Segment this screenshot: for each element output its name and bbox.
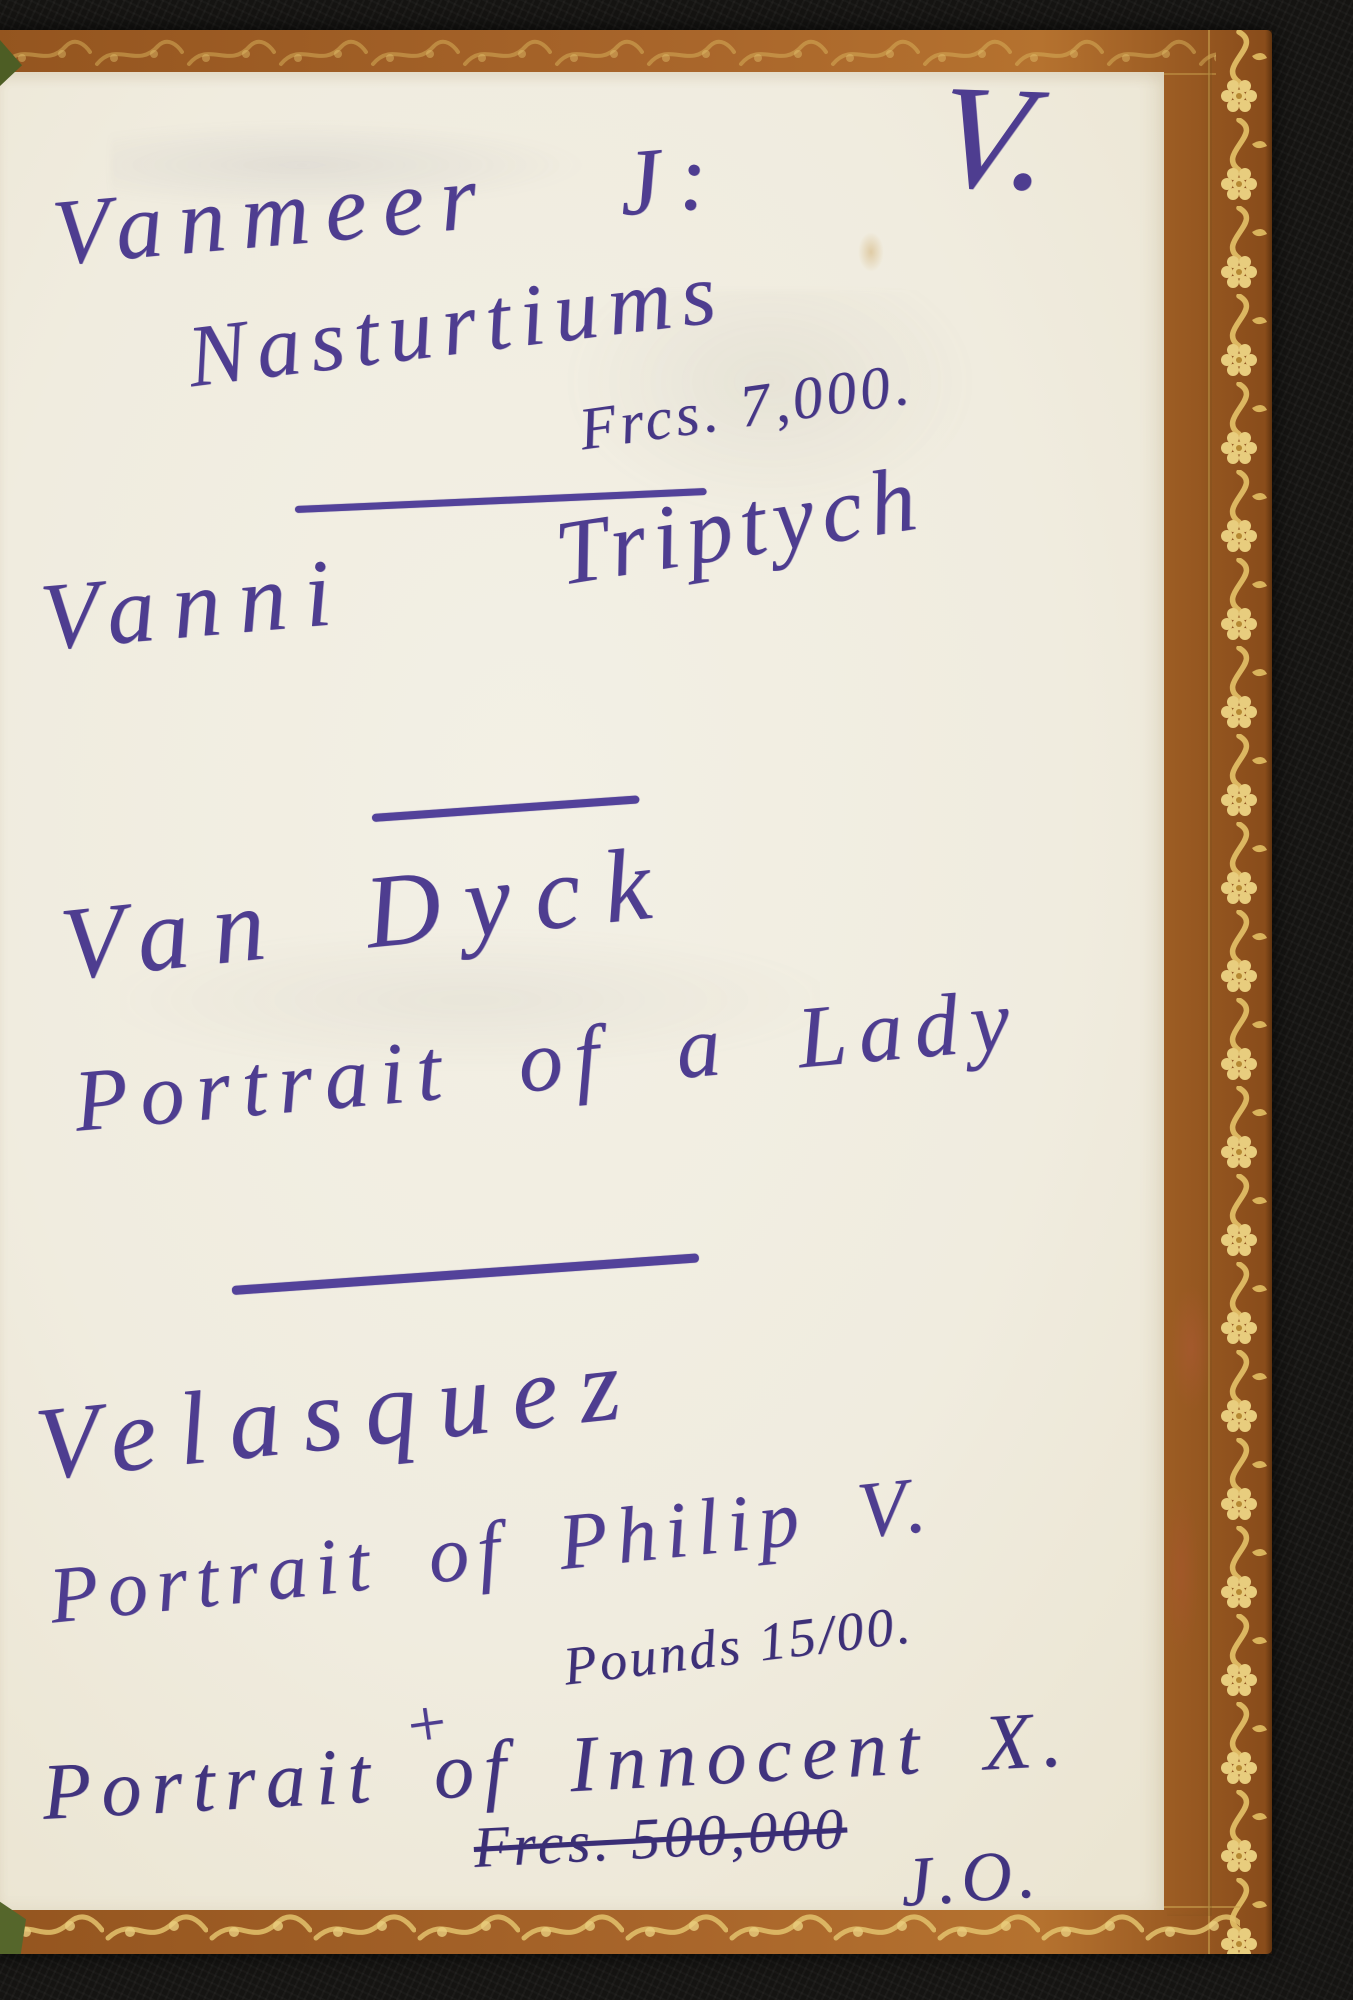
page-fore-edge-stack [1160, 58, 1212, 1916]
page-number: V. [926, 52, 1066, 225]
gilt-border-bottom [0, 1906, 1240, 1952]
photograph-of-notebook: V. Vanmeer J: Nasturtiums Frcs. 7,000. V… [0, 0, 1353, 2000]
paper-stain [858, 232, 884, 272]
owner-initials: J.O. [898, 1834, 1044, 1924]
gilt-border-right [1208, 30, 1270, 1954]
